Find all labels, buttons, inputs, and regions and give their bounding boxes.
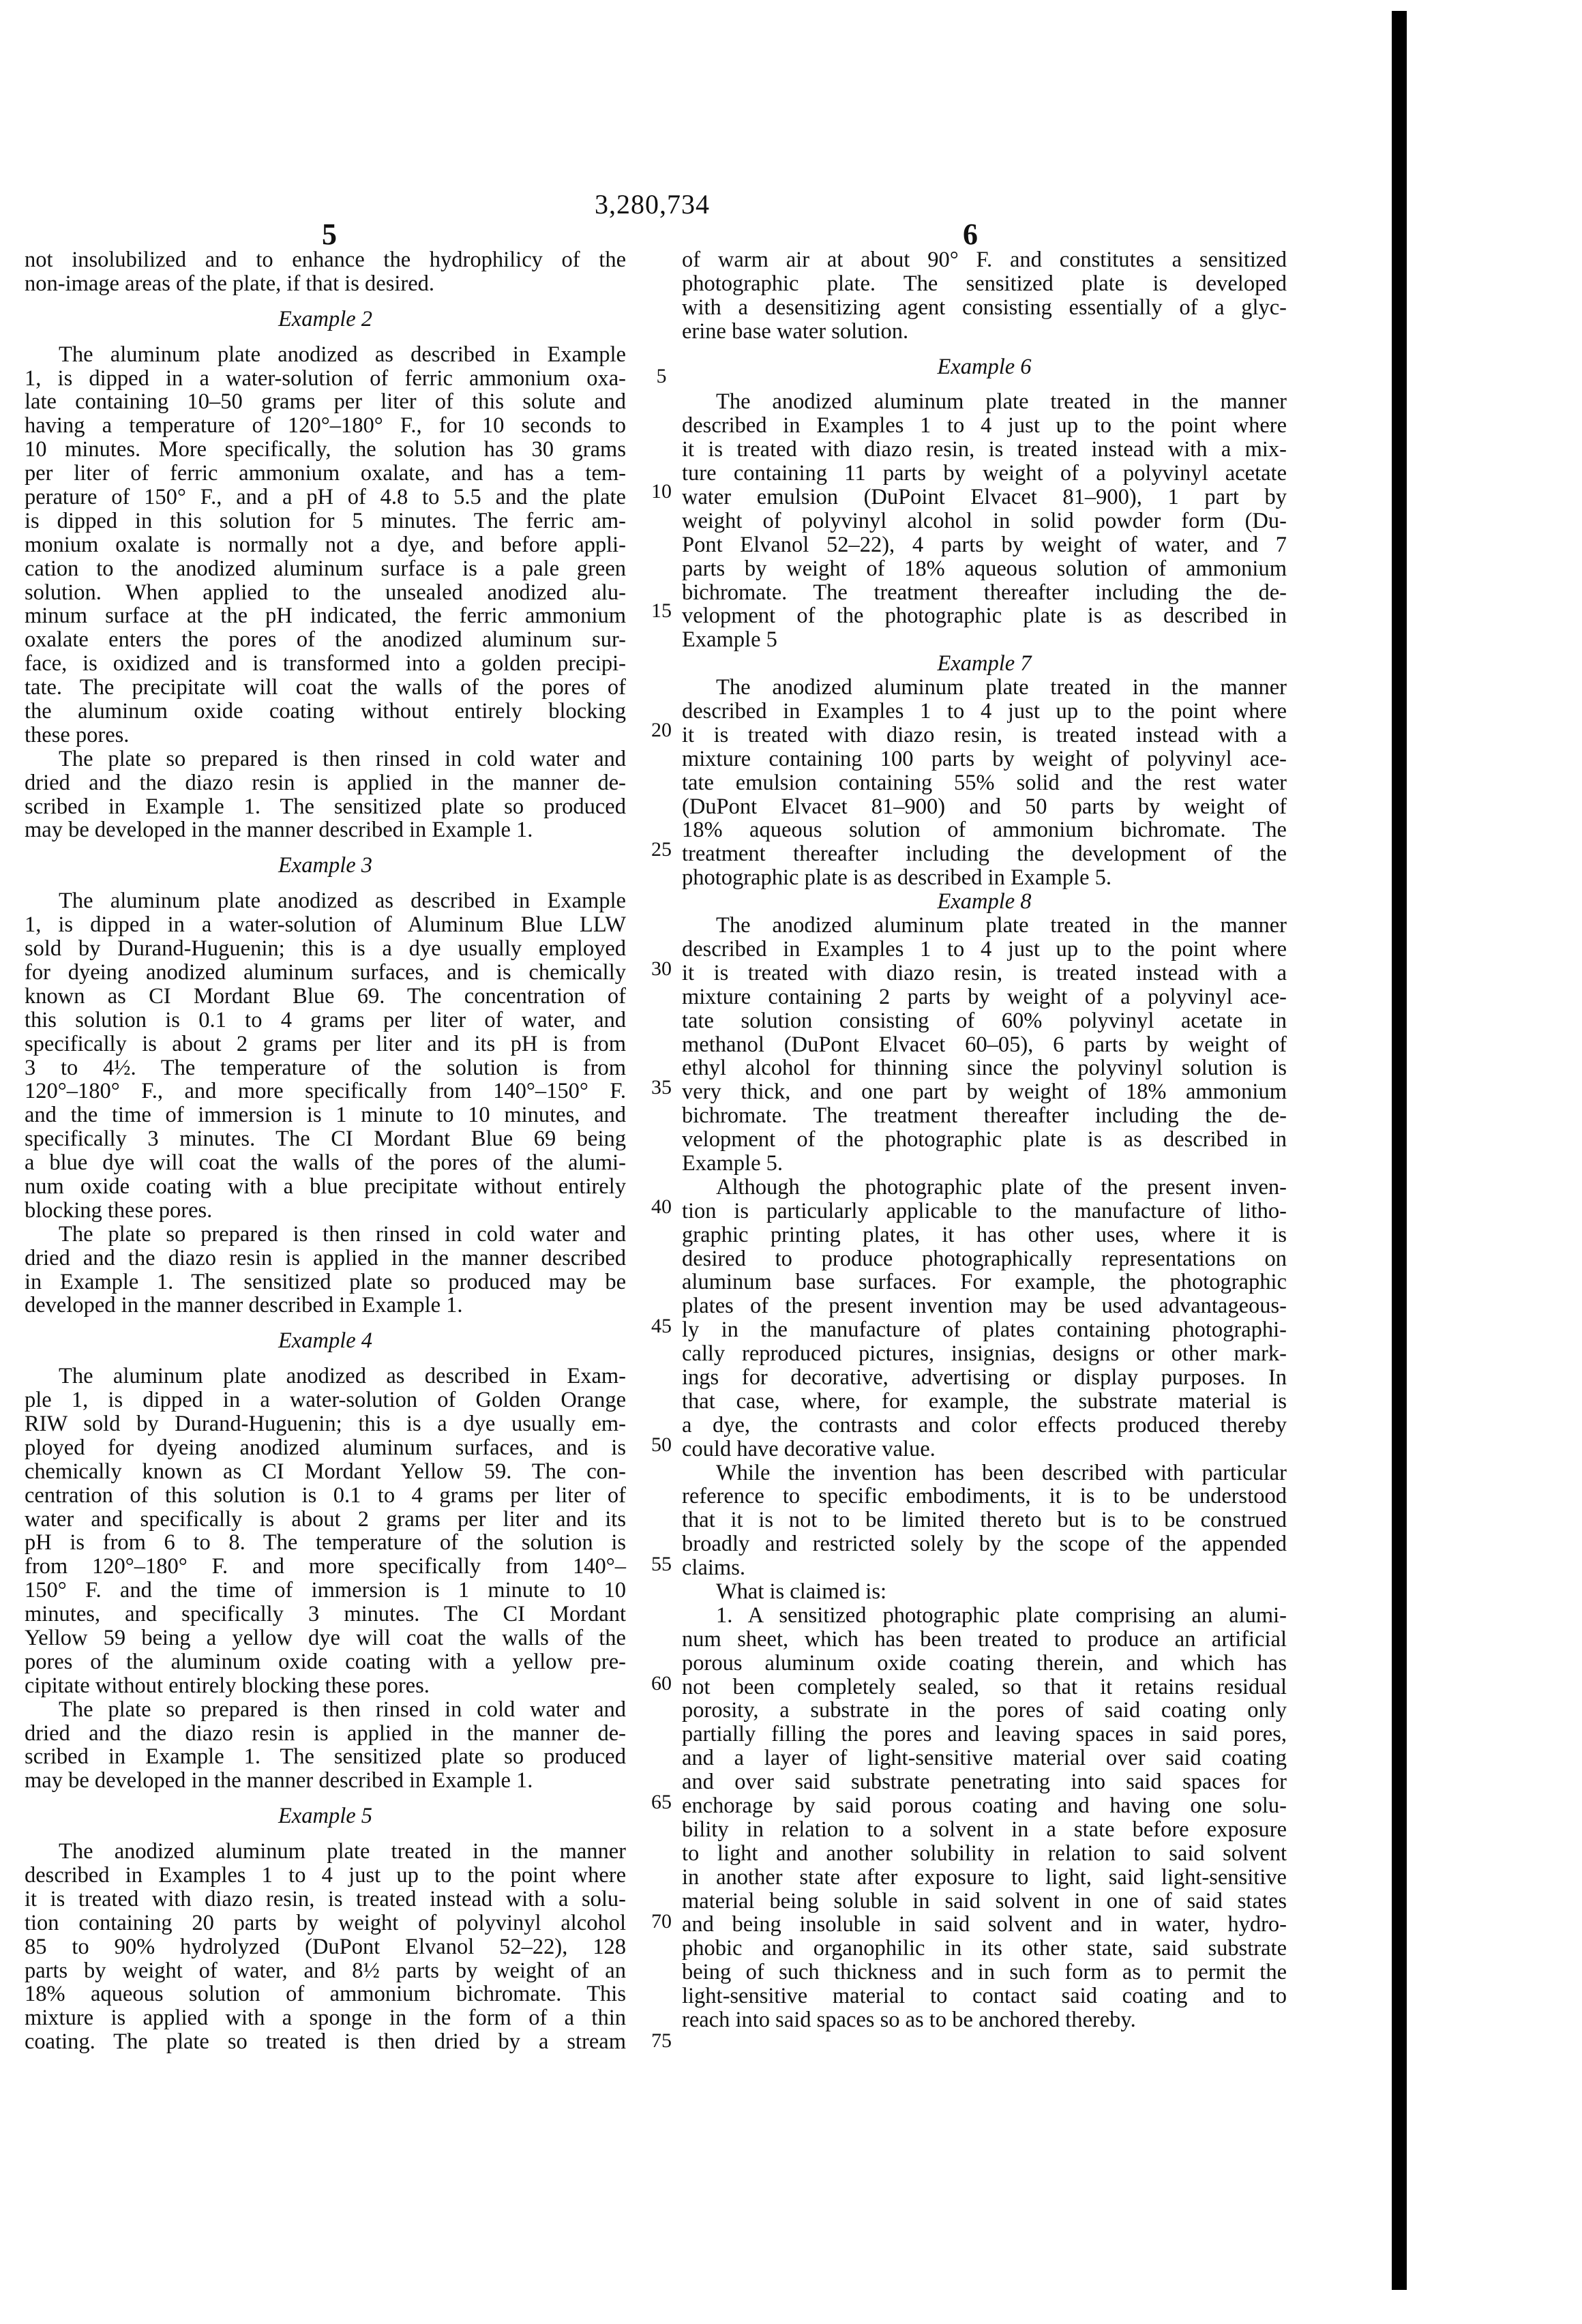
text-line: not insolubilized and to enhance the hyd… [25, 248, 626, 272]
text-line: scribed in Example 1. The sensitized pla… [25, 1745, 626, 1769]
text-line: The plate so prepared is then rinsed in … [25, 1223, 626, 1247]
text-line: developed in the manner described in Exa… [25, 1294, 626, 1317]
text-line: specifically 3 minutes. The CI Mordant B… [25, 1127, 626, 1151]
text-line: sold by Durand-Huguenin; this is a dye u… [25, 937, 626, 961]
text-line: mixture containing 100 parts by weight o… [682, 747, 1287, 771]
text-line: bichromate. The treatment thereafter inc… [682, 1104, 1287, 1128]
text-line: bility in relation to a solvent in a sta… [682, 1818, 1287, 1842]
text-line: claims. [682, 1556, 1287, 1580]
line-number: 75 [646, 2029, 676, 2053]
text-line: 150° F. and the time of immersion is 1 m… [25, 1579, 626, 1603]
text-line: chemically known as CI Mordant Yellow 59… [25, 1460, 626, 1484]
text-line: ple 1, is dipped in a water-solution of … [25, 1388, 626, 1412]
text-line: ployed for dyeing anodized aluminum surf… [25, 1436, 626, 1460]
text-line: dried and the diazo resin is applied in … [25, 1722, 626, 1746]
text-line: blocking these pores. [25, 1199, 626, 1223]
text-line: tate emulsion containing 55% solid and t… [682, 771, 1287, 795]
text-line: bichromate. The treatment thereafter inc… [682, 581, 1287, 605]
line-number: 50 [646, 1433, 676, 1457]
text-line: a dye, the contrasts and color effects p… [682, 1414, 1287, 1437]
text-line: parts by weight of 18% aqueous solution … [682, 557, 1287, 581]
text-line: parts by weight of water, and 8½ parts b… [25, 1959, 626, 1983]
text-line: Pont Elvanol 52–22), 4 parts by weight o… [682, 533, 1287, 557]
text-line: treatment thereafter including the devel… [682, 842, 1287, 866]
text-line: porous aluminum oxide coating therein, a… [682, 1652, 1287, 1675]
text-line: solution. When applied to the unsealed a… [25, 581, 626, 605]
text-line: The anodized aluminum plate treated in t… [682, 390, 1287, 414]
text-line: Example 5. [682, 1152, 1287, 1176]
text-line: num sheet, which has been treated to pro… [682, 1628, 1287, 1652]
text-line: centration of this solution is 0.1 to 4 … [25, 1484, 626, 1508]
example-heading: Example 8 [682, 890, 1287, 914]
text-line: 10 minutes. More specifically, the solut… [25, 438, 626, 462]
text-line: pH is from 6 to 8. The temperature of th… [25, 1531, 626, 1555]
text-line: it is treated with diazo resin, is treat… [682, 724, 1287, 747]
line-number: 10 [646, 480, 676, 503]
text-line: 1. A sensitized photographic plate compr… [682, 1604, 1287, 1628]
text-line: for dyeing anodized aluminum surfaces, a… [25, 961, 626, 985]
text-line: to light and another solubility in relat… [682, 1842, 1287, 1866]
text-line: weight of polyvinyl alcohol in solid pow… [682, 509, 1287, 533]
text-line: and being insoluble in said solvent and … [682, 1913, 1287, 1937]
text-line: mixture containing 2 parts by weight of … [682, 985, 1287, 1009]
text-line: with a desensitizing agent consisting es… [682, 296, 1287, 320]
text-line: cally reproduced pictures, insignias, de… [682, 1342, 1287, 1366]
text-line: that case, where, for example, the subst… [682, 1390, 1287, 1414]
text-line: in Example 1. The sensitized plate so pr… [25, 1270, 626, 1294]
example-heading: Example 3 [25, 854, 626, 878]
example-heading: Example 6 [682, 355, 1287, 379]
scan-edge-bar [1392, 11, 1407, 2290]
text-line: 1, is dipped in a water-solution of ferr… [25, 367, 626, 391]
text-line: the aluminum oxide coating without entir… [25, 700, 626, 724]
text-line: aluminum base surfaces. For example, the… [682, 1270, 1287, 1294]
text-line: reference to specific embodiments, it is… [682, 1485, 1287, 1508]
text-line: dried and the diazo resin is applied in … [25, 771, 626, 795]
text-line: The plate so prepared is then rinsed in … [25, 1698, 626, 1722]
text-line: is dipped in this solution for 5 minutes… [25, 509, 626, 533]
text-line: What is claimed is: [682, 1580, 1287, 1604]
line-number: 5 [646, 365, 676, 388]
text-line: it is treated with diazo resin, is treat… [25, 1888, 626, 1911]
text-line: photographic plate. The sensitized plate… [682, 272, 1287, 296]
text-line: may be developed in the manner described… [25, 1769, 626, 1793]
line-number: 45 [646, 1315, 676, 1338]
text-line: tate. The precipitate will coat the wall… [25, 676, 626, 700]
text-line: in another state after exposure to light… [682, 1866, 1287, 1890]
line-number: 70 [646, 1910, 676, 1933]
text-line: perature of 150° F., and a pH of 4.8 to … [25, 486, 626, 509]
text-line: reach into said spaces so as to be ancho… [682, 2008, 1287, 2032]
text-line: velopment of the photographic plate is a… [682, 1128, 1287, 1152]
text-line: cation to the anodized aluminum surface … [25, 557, 626, 581]
text-line: 18% aqueous solution of ammonium bichrom… [25, 1982, 626, 2006]
text-line: 120°–180° F., and more specifically from… [25, 1079, 626, 1103]
text-line: Example 5 [682, 628, 1287, 652]
text-line: being of such thickness and in such form… [682, 1961, 1287, 1984]
text-line: and the time of immersion is 1 minute to… [25, 1103, 626, 1127]
text-line: The anodized aluminum plate treated in t… [682, 914, 1287, 938]
text-line: oxalate enters the pores of the anodized… [25, 628, 626, 652]
text-line: coating. The plate so treated is then dr… [25, 2030, 626, 2054]
line-number: 35 [646, 1076, 676, 1099]
text-line: it is treated with diazo resin, is treat… [682, 438, 1287, 462]
text-line: described in Examples 1 to 4 just up to … [682, 938, 1287, 962]
text-line: methanol (DuPont Elvacet 60–05), 6 parts… [682, 1033, 1287, 1057]
text-line: porosity, a substrate in the pores of sa… [682, 1699, 1287, 1723]
text-line: ly in the manufacture of plates containi… [682, 1318, 1287, 1342]
text-line: specifically is about 2 grams per liter … [25, 1032, 626, 1056]
text-line: non-image areas of the plate, if that is… [25, 272, 626, 296]
text-line: late containing 10–50 grams per liter of… [25, 390, 626, 414]
text-line: of warm air at about 90° F. and constitu… [682, 248, 1287, 272]
text-line: tate solution consisting of 60% polyviny… [682, 1009, 1287, 1033]
text-line: velopment of the photographic plate is a… [682, 604, 1287, 628]
text-line: 18% aqueous solution of ammonium bichrom… [682, 818, 1287, 842]
text-line: dried and the diazo resin is applied in … [25, 1247, 626, 1270]
line-number: 20 [646, 719, 676, 742]
text-line: minutes, and specifically 3 minutes. The… [25, 1603, 626, 1626]
text-line: face, is oxidized and is transformed int… [25, 652, 626, 676]
text-line: The plate so prepared is then rinsed in … [25, 747, 626, 771]
text-line: The anodized aluminum plate treated in t… [25, 1840, 626, 1864]
text-line: light-sensitive material to contact said… [682, 1984, 1287, 2008]
text-line: 85 to 90% hydrolyzed (DuPont Elvanol 52–… [25, 1935, 626, 1959]
text-line: and over said substrate penetrating into… [682, 1770, 1287, 1794]
text-line: a blue dye will coat the walls of the po… [25, 1151, 626, 1175]
line-number: 65 [646, 1791, 676, 1814]
text-line: 3 to 4½. The temperature of the solution… [25, 1056, 626, 1080]
text-line: and a layer of light-sensitive material … [682, 1746, 1287, 1770]
text-line: (DuPont Elvacet 81–900) and 50 parts by … [682, 795, 1287, 819]
text-line: photographic plate is as described in Ex… [682, 866, 1287, 890]
text-line: num oxide coating with a blue precipitat… [25, 1175, 626, 1199]
text-line: described in Examples 1 to 4 just up to … [25, 1864, 626, 1888]
text-line: very thick, and one part by weight of 18… [682, 1080, 1287, 1104]
text-line: water and specifically is about 2 grams … [25, 1508, 626, 1532]
column-number-right: 6 [963, 217, 978, 252]
text-line: partially filling the pores and leaving … [682, 1723, 1287, 1746]
text-line: 1, is dipped in a water-solution of Alum… [25, 913, 626, 937]
text-line: ings for decorative, advertising or disp… [682, 1366, 1287, 1390]
text-line: The aluminum plate anodized as described… [25, 889, 626, 913]
text-line: may be developed in the manner described… [25, 818, 626, 842]
text-line: graphic printing plates, it has other us… [682, 1223, 1287, 1247]
text-line: scribed in Example 1. The sensitized pla… [25, 795, 626, 819]
example-heading: Example 4 [25, 1329, 626, 1353]
text-line: from 120°–180° F. and more specifically … [25, 1555, 626, 1579]
text-line: having a temperature of 120°–180° F., fo… [25, 414, 626, 438]
text-line: described in Examples 1 to 4 just up to … [682, 414, 1287, 438]
text-line: broadly and restricted solely by the sco… [682, 1532, 1287, 1556]
text-line: water emulsion (DuPoint Elvacet 81–900),… [682, 486, 1287, 509]
text-line: not been completely sealed, so that it r… [682, 1675, 1287, 1699]
text-line: The aluminum plate anodized as described… [25, 343, 626, 367]
text-line: enchorage by said porous coating and hav… [682, 1794, 1287, 1818]
text-line: minum surface at the pH indicated, the f… [25, 604, 626, 628]
text-line: tion containing 20 parts by weight of po… [25, 1911, 626, 1935]
text-line: per liter of ferric ammonium oxalate, an… [25, 462, 626, 486]
example-heading: Example 5 [25, 1804, 626, 1828]
text-line: it is treated with diazo resin, is treat… [682, 962, 1287, 985]
left-text-column: not insolubilized and to enhance the hyd… [25, 248, 626, 2054]
text-line: pores of the aluminum oxide coating with… [25, 1650, 626, 1674]
text-line: monium oxalate is normally not a dye, an… [25, 533, 626, 557]
text-line: could have decorative value. [682, 1437, 1287, 1461]
example-heading: Example 2 [25, 308, 626, 331]
text-line: The aluminum plate anodized as described… [25, 1365, 626, 1388]
text-line: material being soluble in said solvent i… [682, 1890, 1287, 1913]
line-number: 25 [646, 838, 676, 861]
text-line: this solution is 0.1 to 4 grams per lite… [25, 1009, 626, 1032]
text-line: ture containing 11 parts by weight of a … [682, 462, 1287, 486]
line-number: 55 [646, 1553, 676, 1576]
text-line: erine base water solution. [682, 320, 1287, 344]
text-line: cipitate without entirely blocking these… [25, 1674, 626, 1698]
column-number-left: 5 [322, 217, 337, 252]
text-line: ethyl alcohol for thinning since the pol… [682, 1056, 1287, 1080]
patent-number: 3,280,734 [595, 188, 710, 220]
text-line: phobic and organophilic in its other sta… [682, 1937, 1287, 1961]
text-line: Yellow 59 being a yellow dye will coat t… [25, 1626, 626, 1650]
right-text-column: of warm air at about 90° F. and constitu… [682, 248, 1287, 2032]
text-line: While the invention has been described w… [682, 1461, 1287, 1485]
line-number: 15 [646, 599, 676, 623]
text-line: plates of the present invention may be u… [682, 1294, 1287, 1318]
text-line: known as CI Mordant Blue 69. The concent… [25, 985, 626, 1009]
text-line: tion is particularly applicable to the m… [682, 1200, 1287, 1223]
text-line: that it is not to be limited thereto but… [682, 1508, 1287, 1532]
line-number: 60 [646, 1672, 676, 1695]
text-line: these pores. [25, 724, 626, 747]
text-line: The anodized aluminum plate treated in t… [682, 676, 1287, 700]
text-line: desired to produce photographically repr… [682, 1247, 1287, 1271]
text-line: described in Examples 1 to 4 just up to … [682, 700, 1287, 724]
line-number: 40 [646, 1195, 676, 1219]
line-number: 30 [646, 957, 676, 981]
example-heading: Example 7 [682, 652, 1287, 676]
text-line: RIW sold by Durand-Huguenin; this is a d… [25, 1412, 626, 1436]
text-line: mixture is applied with a sponge in the … [25, 2006, 626, 2030]
text-line: Although the photographic plate of the p… [682, 1176, 1287, 1200]
